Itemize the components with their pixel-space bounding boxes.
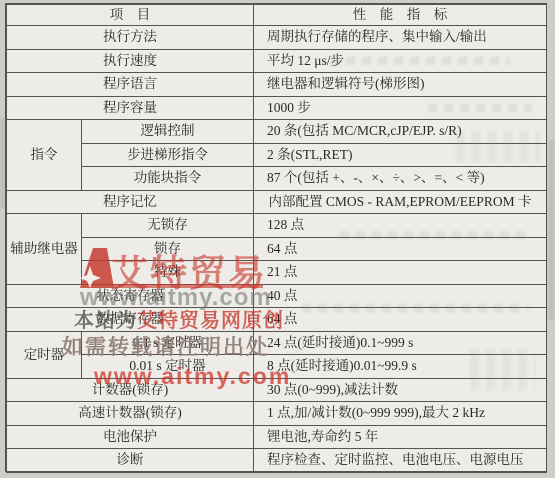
value-cell: 40 点 [254,284,547,308]
table-row: 程序语言继电器和逻辑符号(梯形图) [7,73,547,97]
table-row: 数据寄存器64 点 [7,308,547,332]
table-row: 执行速度平均 12 μs/步 [7,49,547,73]
table-row: 电池保护锂电池,寿命约 5 年 [7,425,547,449]
subitem-cell: 步进梯形指令 [82,143,254,167]
value-cell: 30 点(0~999),减法计数 [254,378,547,402]
group-cell: 定时器 [7,331,82,378]
subitem-cell: 逻辑控制 [82,120,254,144]
value-cell: 程序检查、定时监控、电池电压、电源电压 [254,449,547,473]
item-cell: 计数器(锁存) [7,378,254,402]
value-cell: 128 点 [254,214,547,238]
table-row: 程序容量1000 步 [7,96,547,120]
subitem-cell: 0.01 s 定时器 [82,355,254,379]
item-cell: 程序容量 [7,96,254,120]
header-item-cell: 项 目 [7,5,254,26]
document-paper: 项 目 性 能 指 标 执行方法周期执行存储的程序、集中输入/输出执行速度平均 … [6,4,546,471]
item-cell: 执行方法 [7,26,254,50]
subitem-cell: 特殊 [82,261,254,285]
spec-table: 项 目 性 能 指 标 执行方法周期执行存储的程序、集中输入/输出执行速度平均 … [6,4,547,473]
header-spec-cell: 性 能 指 标 [254,5,547,26]
header-row: 项 目 性 能 指 标 [7,5,547,26]
item-cell: 诊断 [7,449,254,473]
table-row: 程序记忆内部配置 CMOS - RAM,EPROM/EEPROM 卡 [7,190,547,214]
subitem-cell: 锁存 [82,237,254,261]
item-cell: 程序语言 [7,73,254,97]
subitem-cell: 0.1 s 定时器 [82,331,254,355]
subitem-cell: 无锁存 [82,214,254,238]
value-cell: 1000 步 [254,96,547,120]
subitem-cell: 功能块指令 [82,167,254,191]
item-cell: 状态寄存器 [7,284,254,308]
item-cell: 电池保护 [7,425,254,449]
value-cell: 87 个(包括 +、-、×、÷、>、=、< 等) [254,167,547,191]
value-cell: 64 点 [254,237,547,261]
value-cell: 内部配置 CMOS - RAM,EPROM/EEPROM 卡 [254,190,547,214]
value-cell: 21 点 [254,261,547,285]
table-row: 状态寄存器40 点 [7,284,547,308]
value-cell: 64 点 [254,308,547,332]
value-cell: 2 条(STL,RET) [254,143,547,167]
value-cell: 20 条(包括 MC/MCR,cJP/EJP. s/R) [254,120,547,144]
item-cell: 数据寄存器 [7,308,254,332]
value-cell: 锂电池,寿命约 5 年 [254,425,547,449]
value-cell: 平均 12 μs/步 [254,49,547,73]
table-row: 诊断程序检查、定时监控、电池电压、电源电压 [7,449,547,473]
table-row: 执行方法周期执行存储的程序、集中输入/输出 [7,26,547,50]
value-cell: 1 点,加/减计数(0~999 999),最大 2 kHz [254,402,547,426]
value-cell: 8 点(延时接通)0.01~99.9 s [254,355,547,379]
group-cell: 辅助继电器 [7,214,82,285]
table-row: 计数器(锁存)30 点(0~999),减法计数 [7,378,547,402]
value-cell: 24 点(延时接通)0.1~999 s [254,331,547,355]
value-cell: 继电器和逻辑符号(梯形图) [254,73,547,97]
table-row: 高速计数器(锁存)1 点,加/减计数(0~999 999),最大 2 kHz [7,402,547,426]
table-row: 特殊21 点 [7,261,547,285]
table-row: 锁存64 点 [7,237,547,261]
bleedthrough-noise [548,140,555,320]
value-cell: 周期执行存储的程序、集中输入/输出 [254,26,547,50]
table-row: 定时器0.1 s 定时器24 点(延时接通)0.1~999 s [7,331,547,355]
table-row: 0.01 s 定时器8 点(延时接通)0.01~99.9 s [7,355,547,379]
item-cell: 高速计数器(锁存) [7,402,254,426]
item-cell: 程序记忆 [7,190,254,214]
table-row: 功能块指令87 个(包括 +、-、×、÷、>、=、< 等) [7,167,547,191]
table-row: 辅助继电器无锁存128 点 [7,214,547,238]
group-cell: 指令 [7,120,82,191]
scanned-page: { "palette": { "page_bg": "#cfcdc8", "pa… [0,0,555,478]
table-row: 指令逻辑控制20 条(包括 MC/MCR,cJP/EJP. s/R) [7,120,547,144]
item-cell: 执行速度 [7,49,254,73]
table-row: 步进梯形指令2 条(STL,RET) [7,143,547,167]
